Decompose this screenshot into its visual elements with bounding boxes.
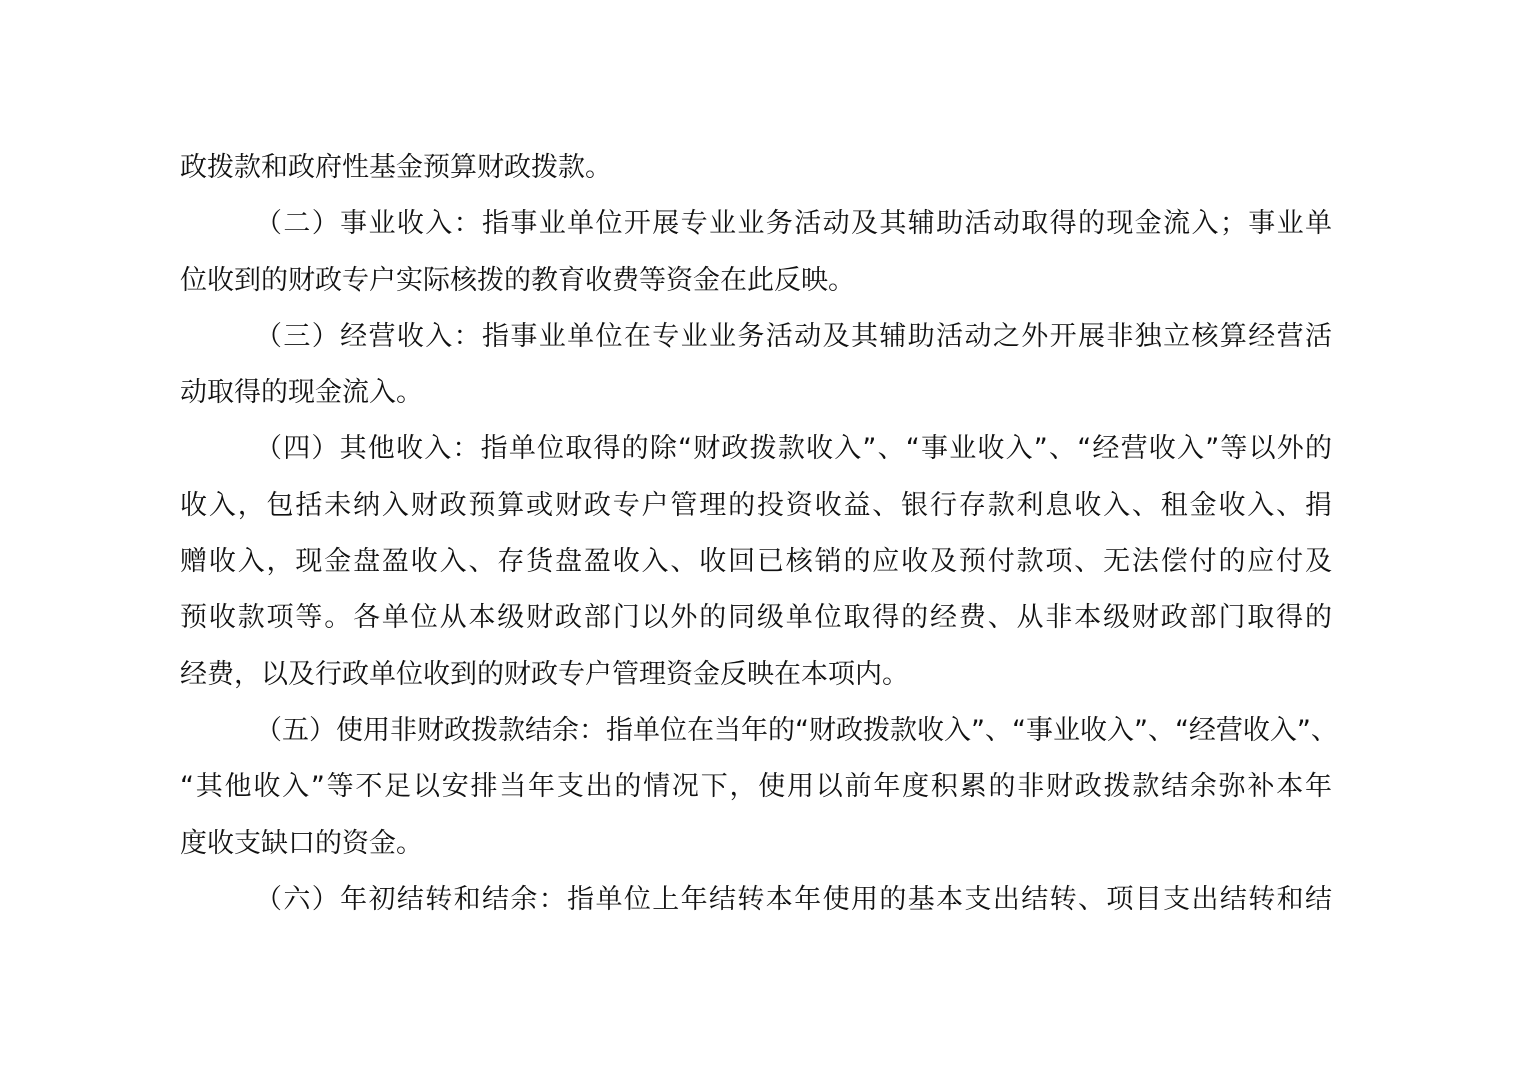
section-heading-line-5: （五）使用非财政拨款结余：指单位在当年的“财政拨款收入”、“事业收入”、“经营收…	[180, 709, 1332, 765]
text-line: 动取得的现金流入。	[180, 371, 1332, 427]
text-line: 收入，包括未纳入财政预算或财政专户管理的投资收益、银行存款利息收入、租金收入、捐	[180, 484, 1332, 540]
document-body: 政拨款和政府性基金预算财政拨款。 （二）事业收入：指事业单位开展专业业务活动及其…	[180, 146, 1332, 934]
text-line: 经费，以及行政单位收到的财政专户管理资金反映在本项内。	[180, 653, 1332, 709]
section-heading-line-2: （二）事业收入：指事业单位开展专业业务活动及其辅助活动取得的现金流入；事业单	[180, 202, 1332, 258]
document-page: 政拨款和政府性基金预算财政拨款。 （二）事业收入：指事业单位开展专业业务活动及其…	[0, 0, 1520, 1074]
section-heading-line-6: （六）年初结转和结余：指单位上年结转本年使用的基本支出结转、项目支出结转和结	[180, 878, 1332, 934]
section-heading-line-4: （四）其他收入：指单位取得的除“财政拨款收入”、“事业收入”、“经营收入”等以外…	[180, 427, 1332, 483]
text-line: 政拨款和政府性基金预算财政拨款。	[180, 146, 1332, 202]
text-line: “其他收入”等不足以安排当年支出的情况下，使用以前年度积累的非财政拨款结余弥补本…	[180, 765, 1332, 821]
text-line: 位收到的财政专户实际核拨的教育收费等资金在此反映。	[180, 259, 1332, 315]
text-line: 赠收入，现金盘盈收入、存货盘盈收入、收回已核销的应收及预付款项、无法偿付的应付及	[180, 540, 1332, 596]
text-line: 预收款项等。各单位从本级财政部门以外的同级单位取得的经费、从非本级财政部门取得的	[180, 596, 1332, 652]
section-heading-line-3: （三）经营收入：指事业单位在专业业务活动及其辅助活动之外开展非独立核算经营活	[180, 315, 1332, 371]
text-line: 度收支缺口的资金。	[180, 822, 1332, 878]
